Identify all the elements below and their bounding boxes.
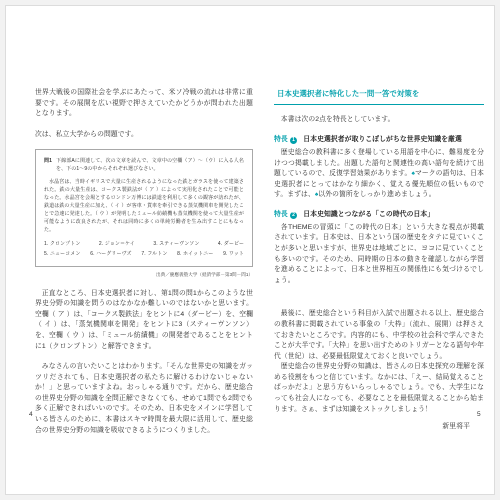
lead-paragraph: 本書は次の2点を特長としています。: [274, 115, 484, 126]
choice-item: 9. ワット: [223, 250, 244, 258]
problem-instruction: 下線部Aに関連して、次の文章を読んで、文章中の空欄（ア）〜（ウ）に入る人名を、下…: [56, 157, 244, 173]
intro-paragraph-2: 次は、私立大学からの問題です。: [35, 130, 253, 141]
commentary-paragraph-1: 正直なところ、日本史選択者に対し、第1問の問1からこのような世界史分野の知識を問…: [35, 289, 253, 353]
feature-2-body: 各THEMEの冒頭に「この時代の日本」という大きな視点が掲載されています。日本史…: [274, 223, 484, 287]
problem-box: 問1 下線部Aに関連して、次の文章を読んで、文章中の空欄（ア）〜（ウ）に入る人名…: [35, 149, 253, 267]
choice-item: 8. ホイットニー: [177, 250, 213, 258]
choices-row-2: 5. ニューコメン 6. ハーグリーヴズ 7. フルトン 8. ホイットニー 9…: [44, 250, 244, 258]
right-page: 日本史選択者に特化した一問一答で対策を 本書は次の2点を特長としています。 特長…: [274, 86, 484, 433]
author-name: 新里将平: [274, 422, 484, 433]
choice-item: 3. スティーヴンソン: [153, 240, 199, 248]
choices-list: 1. クロンプトン 2. ジョン＝ケイ 3. スティーヴンソン 4. ダービー …: [44, 240, 244, 258]
feature-2-label: 特長: [274, 211, 288, 220]
commentary-paragraph-2: みなさんの言いたいことはわかります。「そんな世界史の知識をガッツリだされても、日…: [35, 362, 253, 436]
closing-paragraph-2: 歴史総合の世界史分野の知識は、皆さんの日本史探究の理解を深める役割をもつと信じて…: [274, 362, 484, 415]
choice-item: 2. ジョン＝ケイ: [99, 240, 135, 248]
feature-1-title: 日本史選択者が取りこぼしがちな世界史知識を厳選: [303, 136, 462, 145]
source-citation: 出典／慶應義塾大学（経済学部－第3問－問1）: [35, 271, 253, 278]
choice-item: 6. ハーグリーヴズ: [90, 250, 131, 258]
problem-label: 問1: [44, 157, 52, 173]
feature-2-head: 特長 2 日本史知識とつながる「この時代の日本」: [274, 211, 484, 220]
problem-passage: 水晶宮は、当時イギリスで大量に生産されるようになった鉄とガラスを使って建築された…: [44, 178, 244, 234]
circled-number-2-icon: 2: [290, 212, 298, 220]
choice-item: 1. クロンプトン: [44, 240, 80, 248]
feature-1-body-post: 以外の箇所をしっかり進めましょう。: [318, 191, 435, 198]
feature-2-block: 特長 2 日本史知識とつながる「この時代の日本」 各THEMEの冒頭に「この時代…: [274, 211, 484, 286]
choice-item: 5. ニューコメン: [44, 250, 80, 258]
feature-1-block: 特長 1 日本史選択者が取りこぼしがちな世界史知識を厳選 歴史総合の教科書に多く…: [274, 136, 484, 201]
feature-1-body: 歴史総合の教科書に多く登場している用語を中心に、難易度を分けつつ掲載しました。出…: [274, 148, 484, 201]
choices-row-1: 1. クロンプトン 2. ジョン＝ケイ 3. スティーヴンソン 4. ダービー: [44, 240, 244, 248]
page-number-right: 5: [477, 411, 481, 418]
circled-number-1-icon: 1: [290, 137, 298, 145]
page-number-left: 4: [29, 411, 33, 418]
left-page: 世界大戦後の国際社会を学ぶにあたって、米ソ冷戦の流れは非常に重要です。その展開を…: [35, 88, 253, 436]
choice-item: 7. フルトン: [141, 250, 167, 258]
choice-item: 4. ダービー: [218, 240, 244, 248]
intro-paragraph-1: 世界大戦後の国際社会を学ぶにあたって、米ソ冷戦の流れは非常に重要です。その展開を…: [35, 88, 253, 120]
feature-2-title: 日本史知識とつながる「この時代の日本」: [303, 211, 434, 220]
problem-head: 問1 下線部Aに関連して、次の文章を読んで、文章中の空欄（ア）〜（ウ）に入る人名…: [44, 157, 244, 173]
book-spread: 世界大戦後の国際社会を学ぶにあたって、米ソ冷戦の流れは非常に重要です。その展開を…: [5, 5, 495, 495]
feature-1-head: 特長 1 日本史選択者が取りこぼしがちな世界史知識を厳選: [274, 136, 484, 145]
section-heading: 日本史選択者に特化した一問一答で対策を: [274, 86, 484, 105]
feature-1-label: 特長: [274, 136, 288, 145]
closing-paragraph-1: 最後に、歴史総合という科目が入試で出題される以上、歴史総合の教科書に掲載されてい…: [274, 309, 484, 362]
